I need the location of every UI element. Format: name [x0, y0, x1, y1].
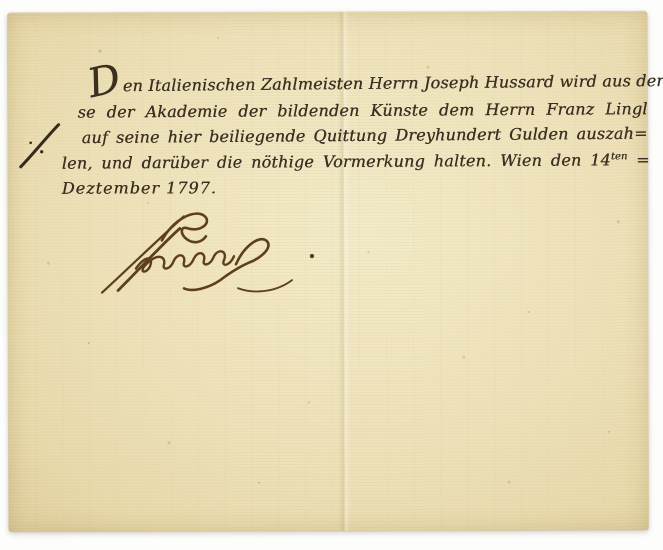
- ink-dot: [29, 141, 32, 144]
- signature-cobenzl: [88, 206, 328, 302]
- date-superscript: ten: [611, 151, 627, 162]
- manuscript-line-5-date: Deztember 1797.: [62, 178, 217, 197]
- manuscript-line-3: auf seine hier beiliegende Quittung Drey…: [82, 124, 648, 147]
- ink-dot: [40, 150, 43, 153]
- line-text: se der Akademie der bildenden Künste dem…: [78, 99, 648, 121]
- line-text: len, und darüber die nöthige Vormerkung …: [62, 150, 611, 172]
- foxing-speckles: [7, 13, 8, 14]
- line-text: en Italienischen Zahlmeisten Herrn Josep…: [123, 71, 663, 96]
- signature-period-dot: [310, 254, 314, 258]
- ornate-initial-d: D: [88, 78, 120, 85]
- line-text: auf seine hier beiliegende Quittung Drey…: [82, 124, 648, 147]
- manuscript-line-2: se der Akademie der bildenden Künste dem…: [78, 99, 648, 121]
- scanned-document: Den Italienischen Zahlmeisten Herrn Jose…: [0, 0, 663, 550]
- line-text-tail: =: [627, 150, 650, 169]
- manuscript-line-4: len, und darüber die nöthige Vormerkung …: [62, 150, 650, 173]
- manuscript-paper: Den Italienischen Zahlmeisten Herrn Jose…: [7, 11, 648, 532]
- line-text: Deztember 1797.: [62, 178, 217, 197]
- manuscript-line-1: Den Italienischen Zahlmeisten Herrn Jose…: [87, 71, 643, 95]
